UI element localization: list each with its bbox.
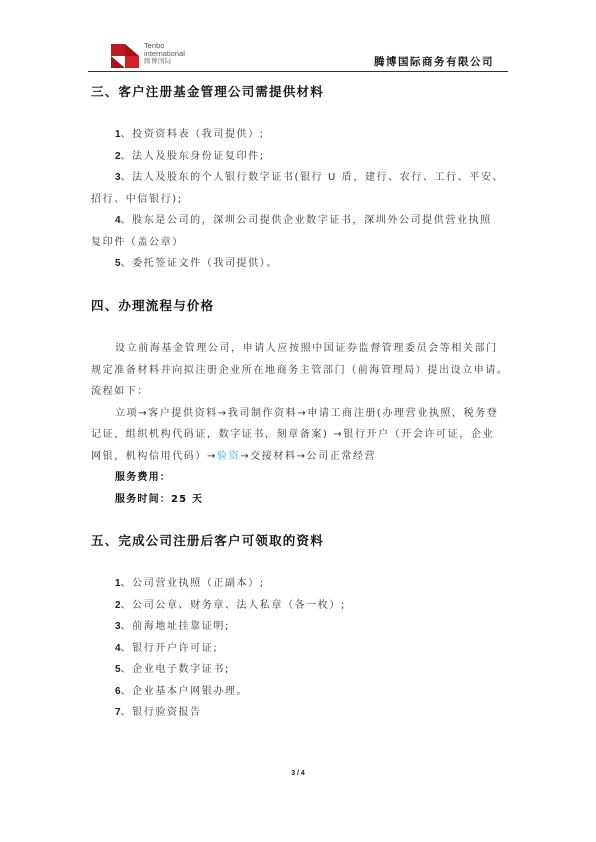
list-item: 1、投资资料表（我司提供）; xyxy=(115,125,265,140)
list-item: 3、法人及股东的个人银行数字证书(银行 U 盾，建行、农行、工行、平安、 xyxy=(115,168,504,183)
list-item: 2、公司公章、财务章、法人私章（各一枚）; xyxy=(115,596,346,611)
service-time-label: 服务时间：25 天 xyxy=(115,490,203,505)
company-name: 腾博国际商务有限公司 xyxy=(374,54,494,69)
logo-text: Tenbo international 腾博国际 xyxy=(144,42,185,66)
list-item: 4、股东是公司的，深圳公司提供企业数字证书，深圳外公司提供营业执照 xyxy=(115,211,492,226)
list-item: 7、银行验资报告 xyxy=(115,703,202,718)
intro-line-3: 流程如下： xyxy=(91,382,149,397)
flow-line-3: 网银，机构信用代码）→验资→交接材料→公司正常经营 xyxy=(91,447,376,462)
flow-line-2: 记证，组织机构代码证，数字证书，刻章备案) →银行开户（开会许可证，企业 xyxy=(91,425,494,440)
list-item-continuation: 招行、中信银行); xyxy=(91,190,183,205)
logo-line-2: international xyxy=(144,50,185,58)
list-item: 1、公司营业执照（正副本）; xyxy=(115,574,265,589)
page-number: 3 / 4 xyxy=(0,770,596,777)
capital-verification-link[interactable]: 验资 xyxy=(217,451,240,462)
section-title-3: 三、客户注册基金管理公司需提供材料 xyxy=(91,82,324,100)
document-page: Tenbo international 腾博国际 腾博国际商务有限公司 三、客户… xyxy=(0,0,596,842)
service-fee-label: 服务费用： xyxy=(115,468,171,483)
list-item: 2、法人及股东身份证复印件; xyxy=(115,147,265,162)
list-item-continuation: 复印件（盖公章） xyxy=(91,233,184,248)
page-header: Tenbo international 腾博国际 腾博国际商务有限公司 xyxy=(88,40,508,72)
list-item: 5、企业电子数字证书; xyxy=(115,660,230,675)
intro-line-2: 规定准备材料并向拟注册企业所在地商务主管部门（前海管理局）提出设立申请。 xyxy=(91,361,509,376)
logo-line-3: 腾博国际 xyxy=(144,58,185,66)
list-item: 5、委托签证文件（我司提供）。 xyxy=(115,254,278,269)
intro-line-1: 设立前海基金管理公司，申请人应按照中国证券监督管理委员会等相关部门 xyxy=(115,339,498,354)
list-item: 4、银行开户许可证; xyxy=(115,639,218,654)
section-title-5: 五、完成公司注册后客户可领取的资料 xyxy=(91,531,324,549)
list-item: 3、前海地址挂靠证明; xyxy=(115,617,230,632)
section-title-4: 四、办理流程与价格 xyxy=(91,296,214,314)
company-logo: Tenbo international 腾博国际 xyxy=(111,42,206,70)
tenbo-logo-icon xyxy=(111,44,139,68)
flow-line-1: 立项→客户提供资料→我司制作资料→申请工商注册(办理营业执照，税务登 xyxy=(115,404,498,419)
list-item: 6、企业基本户网银办理。 xyxy=(115,682,248,697)
